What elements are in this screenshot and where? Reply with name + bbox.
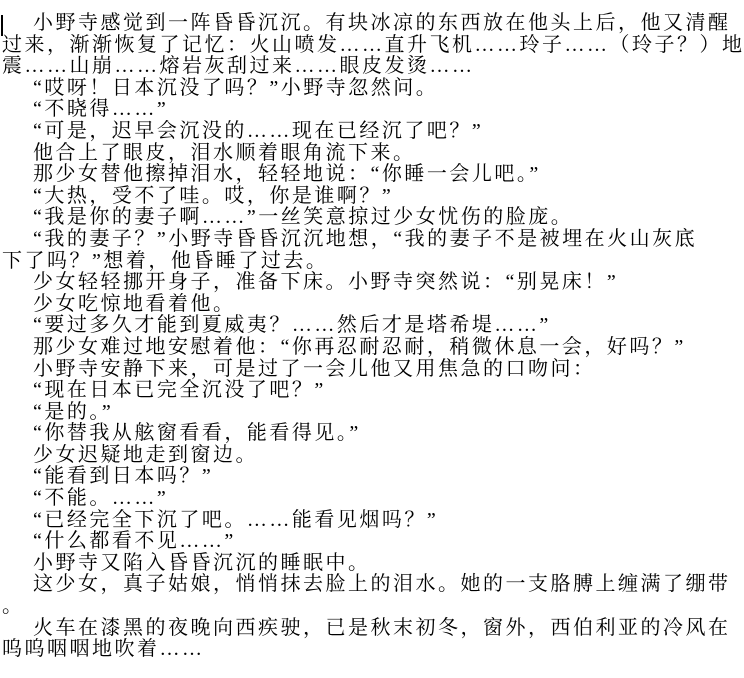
text-line: 小野寺安静下来，可是过了一会儿他又用焦急的口吻问： xyxy=(2,359,740,381)
text-line: 少女吃惊地看着他。 xyxy=(2,294,740,316)
text-line: “要过多久才能到夏威夷？……然后才是塔希堤……” xyxy=(2,315,740,337)
text-line: “是的。” xyxy=(2,402,740,424)
text-line: 少女轻轻挪开身子，准备下床。小野寺突然说：“别晃床！” xyxy=(2,272,740,294)
text-line: 他合上了眼皮，泪水顺着眼角流下来。 xyxy=(2,143,740,165)
text-document-area[interactable]: 小野寺感觉到一阵昏昏沉沉。有块冰凉的东西放在他头上后，他又清醒 过来，渐渐恢复了… xyxy=(0,0,744,678)
text-line: “不能。……” xyxy=(2,488,740,510)
text-line: “现在日本已完全沉没了吧？” xyxy=(2,380,740,402)
text-line: “已经完全下沉了吧。……能看见烟吗？” xyxy=(2,510,740,532)
text-line: “哎呀！日本沉没了吗？”小野寺忽然问。 xyxy=(2,78,740,100)
text-line: “我的妻子？”小野寺昏昏沉沉地想，“我的妻子不是被埋在火山灰底 xyxy=(2,229,740,251)
text-line: 小野寺感觉到一阵昏昏沉沉。有块冰凉的东西放在他头上后，他又清醒 xyxy=(2,13,740,35)
text-line: 那少女替他擦掉泪水，轻轻地说：“你睡一会儿吧。” xyxy=(2,164,740,186)
text-line: “可是，迟早会沉没的……现在已经沉了吧？” xyxy=(2,121,740,143)
text-line: “不晓得……” xyxy=(2,99,740,121)
text-line: 呜呜咽咽地吹着…… xyxy=(2,639,740,661)
text-line: 过来，渐渐恢复了记忆：火山喷发……直升飞机……玲子……（玲子？）地 xyxy=(2,35,740,57)
text-line: “大热，受不了哇。哎，你是谁啊？” xyxy=(2,186,740,208)
text-line: 少女迟疑地走到窗边。 xyxy=(2,445,740,467)
text-line: 震……山崩……熔岩灰刮过来……眼皮发烫…… xyxy=(2,56,740,78)
text-line: “你替我从舷窗看看，能看得见。” xyxy=(2,423,740,445)
text-line: “我是你的妻子啊……”一丝笑意掠过少女忧伤的脸庞。 xyxy=(2,207,740,229)
text-line: 。 xyxy=(2,596,740,618)
text-line: 下了吗？”想着，他昏睡了过去。 xyxy=(2,251,740,273)
text-line: 火车在漆黑的夜晚向西疾驶，已是秋末初冬，窗外，西伯利亚的冷风在 xyxy=(2,618,740,640)
text-line: 那少女难过地安慰着他：“你再忍耐忍耐，稍微休息一会，好吗？” xyxy=(2,337,740,359)
text-body: 小野寺感觉到一阵昏昏沉沉。有块冰凉的东西放在他头上后，他又清醒 过来，渐渐恢复了… xyxy=(2,13,740,661)
text-line: 小野寺又陷入昏昏沉沉的睡眠中。 xyxy=(2,553,740,575)
text-line: “能看到日本吗？” xyxy=(2,466,740,488)
text-line: 这少女，真子姑娘，悄悄抹去脸上的泪水。她的一支胳膊上缠满了绷带 xyxy=(2,574,740,596)
text-line: “什么都看不见……” xyxy=(2,531,740,553)
